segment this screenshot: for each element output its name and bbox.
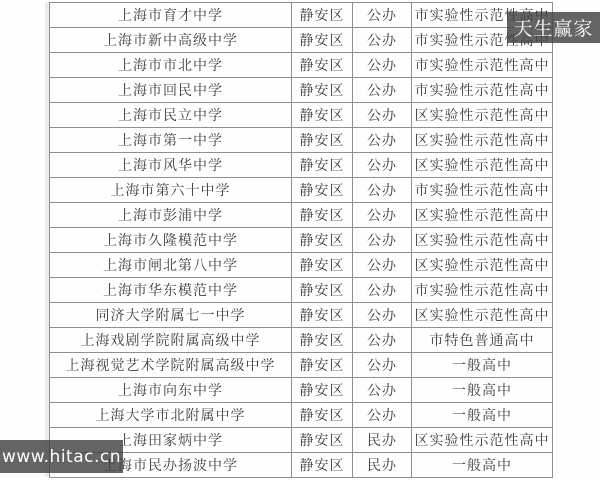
cell-district: 静安区 — [292, 303, 353, 328]
cell-category: 一般高中 — [412, 353, 553, 378]
cell-district: 静安区 — [292, 278, 353, 303]
cell-ownership: 民办 — [353, 428, 412, 453]
cell-ownership: 公办 — [353, 78, 412, 103]
cell-school-name: 上海市闸北第八中学 — [50, 253, 292, 278]
cell-district: 静安区 — [292, 403, 353, 428]
cell-category: 市特色普通高中 — [412, 328, 553, 353]
cell-ownership: 公办 — [353, 303, 412, 328]
table-row: 同济大学附属七一中学 静安区 公办 区实验性示范性高中 — [50, 303, 553, 328]
cell-school-name: 上海市市北中学 — [50, 53, 292, 78]
cell-district: 静安区 — [292, 253, 353, 278]
page: 上海市育才中学 静安区 公办 市实验性示范性高中 上海市新中高级中学 静安区 公… — [0, 0, 600, 480]
table-row: 上海市市北中学 静安区 公办 市实验性示范性高中 — [50, 53, 553, 78]
watermark-top-right: 天生赢家 — [507, 12, 600, 43]
school-list-table: 上海市育才中学 静安区 公办 市实验性示范性高中 上海市新中高级中学 静安区 公… — [49, 2, 553, 478]
cell-ownership: 民办 — [353, 453, 412, 478]
table-row: 上海市风华中学 静安区 公办 区实验性示范性高中 — [50, 153, 553, 178]
cell-category: 市实验性示范性高中 — [412, 278, 553, 303]
table-row: 上海市民办扬波中学 静安区 民办 一般高中 — [50, 453, 553, 478]
school-table-body: 上海市育才中学 静安区 公办 市实验性示范性高中 上海市新中高级中学 静安区 公… — [50, 3, 553, 478]
cell-district: 静安区 — [292, 203, 353, 228]
table-row: 上海大学市北附属中学 静安区 公办 一般高中 — [50, 403, 553, 428]
cell-school-name: 上海市育才中学 — [50, 3, 292, 28]
cell-school-name: 上海市第一中学 — [50, 128, 292, 153]
table-row: 上海市第六十中学 静安区 公办 市实验性示范性高中 — [50, 178, 553, 203]
cell-ownership: 公办 — [353, 228, 412, 253]
table-row: 上海市彭浦中学 静安区 公办 区实验性示范性高中 — [50, 203, 553, 228]
cell-category: 一般高中 — [412, 453, 553, 478]
cell-district: 静安区 — [292, 3, 353, 28]
table-row: 上海市华东模范中学 静安区 公办 市实验性示范性高中 — [50, 278, 553, 303]
cell-school-name: 上海戏剧学院附属高级中学 — [50, 328, 292, 353]
cell-category: 市实验性示范性高中 — [412, 53, 553, 78]
cell-school-name: 上海市彭浦中学 — [50, 203, 292, 228]
cell-ownership: 公办 — [353, 328, 412, 353]
cell-category: 市实验性示范性高中 — [412, 78, 553, 103]
cell-school-name: 上海大学市北附属中学 — [50, 403, 292, 428]
cell-ownership: 公办 — [353, 103, 412, 128]
table-row: 上海市新中高级中学 静安区 公办 市实验性示范性高中 — [50, 28, 553, 53]
cell-ownership: 公办 — [353, 153, 412, 178]
cell-district: 静安区 — [292, 428, 353, 453]
cell-district: 静安区 — [292, 453, 353, 478]
cell-category: 区实验性示范性高中 — [412, 128, 553, 153]
cell-school-name: 上海市向东中学 — [50, 378, 292, 403]
cell-category: 市实验性示范性高中 — [412, 178, 553, 203]
cell-school-name: 上海市华东模范中学 — [50, 278, 292, 303]
cell-category: 区实验性示范性高中 — [412, 203, 553, 228]
cell-ownership: 公办 — [353, 28, 412, 53]
cell-district: 静安区 — [292, 78, 353, 103]
cell-district: 静安区 — [292, 178, 353, 203]
cell-district: 静安区 — [292, 328, 353, 353]
cell-ownership: 公办 — [353, 253, 412, 278]
cell-ownership: 公办 — [353, 353, 412, 378]
watermark-bottom-left: www.hitac.cn — [0, 440, 123, 473]
table-row: 上海市向东中学 静安区 公办 一般高中 — [50, 378, 553, 403]
cell-category: 区实验性示范性高中 — [412, 153, 553, 178]
cell-ownership: 公办 — [353, 203, 412, 228]
cell-category: 一般高中 — [412, 378, 553, 403]
cell-school-name: 上海市风华中学 — [50, 153, 292, 178]
cell-category: 一般高中 — [412, 403, 553, 428]
table-row: 上海市育才中学 静安区 公办 市实验性示范性高中 — [50, 3, 553, 28]
table-row: 上海市民立中学 静安区 公办 区实验性示范性高中 — [50, 103, 553, 128]
cell-category: 区实验性示范性高中 — [412, 253, 553, 278]
cell-category: 区实验性示范性高中 — [412, 228, 553, 253]
table-row: 上海视觉艺术学院附属高级中学 静安区 公办 一般高中 — [50, 353, 553, 378]
cell-district: 静安区 — [292, 53, 353, 78]
cell-district: 静安区 — [292, 153, 353, 178]
cell-school-name: 上海市民立中学 — [50, 103, 292, 128]
cell-school-name: 上海视觉艺术学院附属高级中学 — [50, 353, 292, 378]
cell-district: 静安区 — [292, 228, 353, 253]
cell-school-name: 同济大学附属七一中学 — [50, 303, 292, 328]
cell-category: 区实验性示范性高中 — [412, 103, 553, 128]
cell-school-name: 上海市久隆模范中学 — [50, 228, 292, 253]
table-row: 上海田家炳中学 静安区 民办 区实验性示范性高中 — [50, 428, 553, 453]
cell-district: 静安区 — [292, 353, 353, 378]
cell-school-name: 上海市第六十中学 — [50, 178, 292, 203]
cell-ownership: 公办 — [353, 378, 412, 403]
cell-school-name: 上海市回民中学 — [50, 78, 292, 103]
cell-category: 区实验性示范性高中 — [412, 303, 553, 328]
table-row: 上海市闸北第八中学 静安区 公办 区实验性示范性高中 — [50, 253, 553, 278]
cell-ownership: 公办 — [353, 3, 412, 28]
cell-school-name: 上海市新中高级中学 — [50, 28, 292, 53]
table-row: 上海市久隆模范中学 静安区 公办 区实验性示范性高中 — [50, 228, 553, 253]
cell-category: 区实验性示范性高中 — [412, 428, 553, 453]
table-row: 上海戏剧学院附属高级中学 静安区 公办 市特色普通高中 — [50, 328, 553, 353]
cell-ownership: 公办 — [353, 403, 412, 428]
cell-district: 静安区 — [292, 128, 353, 153]
cell-district: 静安区 — [292, 378, 353, 403]
table-row: 上海市第一中学 静安区 公办 区实验性示范性高中 — [50, 128, 553, 153]
cell-district: 静安区 — [292, 103, 353, 128]
cell-ownership: 公办 — [353, 178, 412, 203]
cell-ownership: 公办 — [353, 278, 412, 303]
cell-district: 静安区 — [292, 28, 353, 53]
cell-ownership: 公办 — [353, 128, 412, 153]
table-row: 上海市回民中学 静安区 公办 市实验性示范性高中 — [50, 78, 553, 103]
cell-ownership: 公办 — [353, 53, 412, 78]
